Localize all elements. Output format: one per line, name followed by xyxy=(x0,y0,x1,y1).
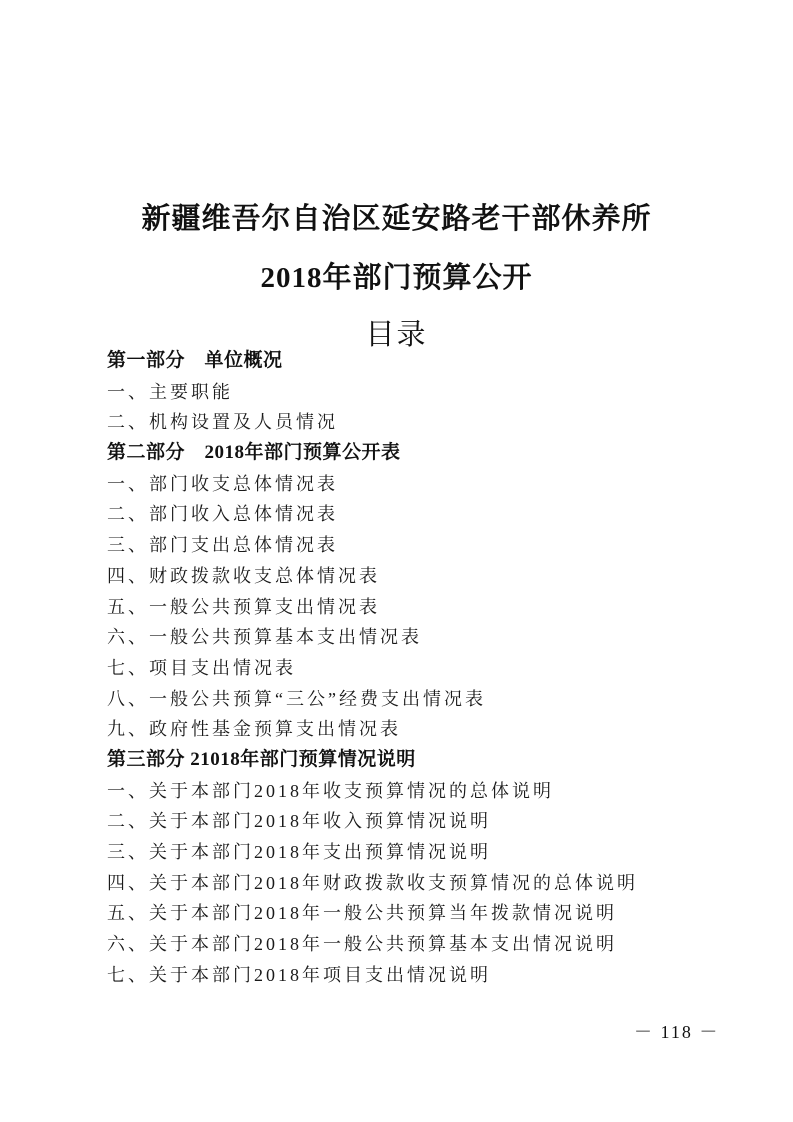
toc-item: 二、部门收入总体情况表 xyxy=(107,499,727,530)
toc-item: 一、主要职能 xyxy=(107,377,727,408)
page-number: － 118 － xyxy=(634,1018,719,1044)
toc-item: 六、一般公共预算基本支出情况表 xyxy=(107,622,727,653)
toc-section-part-1: 第一部分 单位概况 xyxy=(107,346,727,377)
toc-item: 五、一般公共预算支出情况表 xyxy=(107,592,727,623)
toc-item: 三、关于本部门2018年支出预算情况说明 xyxy=(107,837,727,868)
document-title-line-1: 新疆维吾尔自治区延安路老干部休养所 xyxy=(0,196,793,237)
toc-item: 二、关于本部门2018年收入预算情况说明 xyxy=(107,806,727,837)
toc-item: 八、一般公共预算“三公”经费支出情况表 xyxy=(107,684,727,715)
document-title-line-2: 2018年部门预算公开 xyxy=(0,255,793,296)
toc-item: 三、部门支出总体情况表 xyxy=(107,530,727,561)
toc-item: 七、项目支出情况表 xyxy=(107,653,727,684)
toc-item: 六、关于本部门2018年一般公共预算基本支出情况说明 xyxy=(107,929,727,960)
toc-item: 二、机构设置及人员情况 xyxy=(107,407,727,438)
toc-item: 九、政府性基金预算支出情况表 xyxy=(107,714,727,745)
toc-section-part-2: 第二部分 2018年部门预算公开表 xyxy=(107,438,727,469)
toc-item: 四、关于本部门2018年财政拨款收支预算情况的总体说明 xyxy=(107,868,727,899)
toc-item: 五、关于本部门2018年一般公共预算当年拨款情况说明 xyxy=(107,898,727,929)
table-of-contents: 第一部分 单位概况 一、主要职能 二、机构设置及人员情况 第二部分 2018年部… xyxy=(107,346,727,990)
toc-item: 一、部门收支总体情况表 xyxy=(107,469,727,500)
toc-item: 七、关于本部门2018年项目支出情况说明 xyxy=(107,960,727,991)
toc-item: 四、财政拨款收支总体情况表 xyxy=(107,561,727,592)
toc-section-part-3: 第三部分 21018年部门预算情况说明 xyxy=(107,745,727,776)
toc-item: 一、关于本部门2018年收支预算情况的总体说明 xyxy=(107,776,727,807)
